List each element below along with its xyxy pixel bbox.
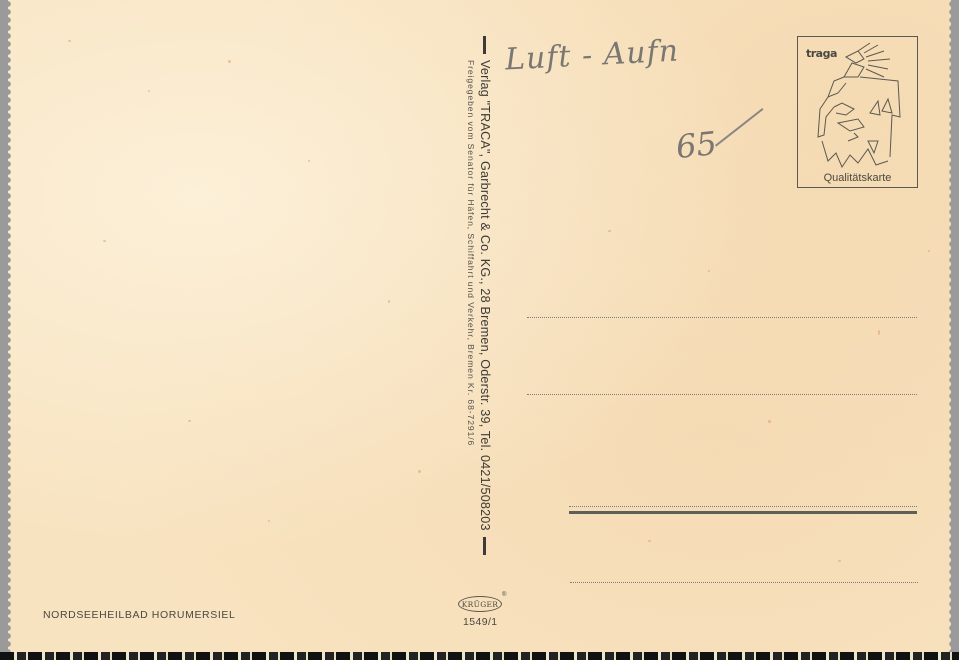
deckled-edge-right: [946, 0, 952, 652]
divider-bar-start: [484, 36, 487, 54]
approval-line: Freigegeben vom Senator für Häfen, Schif…: [466, 36, 476, 555]
handwritten-code: 65: [674, 124, 718, 166]
paper-speck: [308, 160, 310, 162]
deckled-edge-left: [8, 0, 14, 652]
paper-speck: [268, 520, 270, 522]
paper-speck: [928, 250, 930, 252]
paper-speck: [418, 470, 421, 473]
divider-bar-end: [484, 537, 487, 555]
paper-speck: [103, 240, 106, 242]
publisher-imprint: Verlag "TRACA", Garbrecht & Co. KG., 28 …: [466, 36, 492, 555]
address-line-3: [569, 506, 917, 507]
address-line-2: [527, 394, 917, 395]
location-caption: NORDSEEHEILBAD HORUMERSIEL: [43, 609, 235, 621]
stamp-caption: Qualitätskarte: [798, 172, 917, 184]
address-line-4: [570, 582, 918, 583]
card-number: 1549/1: [463, 616, 498, 628]
paper-speck: [608, 230, 611, 232]
paper-speck: [838, 560, 841, 562]
paper-speck: [188, 420, 191, 422]
traga-logo: traga: [806, 47, 837, 60]
paper-speck: [388, 300, 390, 303]
address-line-3-underline: [569, 511, 917, 514]
paper-speck: [768, 420, 771, 423]
address-line-1: [527, 317, 917, 318]
next-card-edge: [0, 652, 959, 660]
stamp-area: traga Qualitätskarte: [797, 36, 918, 188]
paper-speck: [68, 40, 71, 42]
registered-mark: ®: [502, 592, 506, 598]
paper-speck: [648, 540, 651, 542]
paper-speck: [708, 270, 710, 272]
paper-speck: [878, 330, 880, 335]
paper-speck: [148, 90, 150, 92]
publisher-line: Verlag "TRACA", Garbrecht & Co. KG., 28 …: [478, 60, 492, 531]
kruger-logo: KRÜGER: [458, 596, 502, 612]
paper-speck: [228, 60, 231, 63]
